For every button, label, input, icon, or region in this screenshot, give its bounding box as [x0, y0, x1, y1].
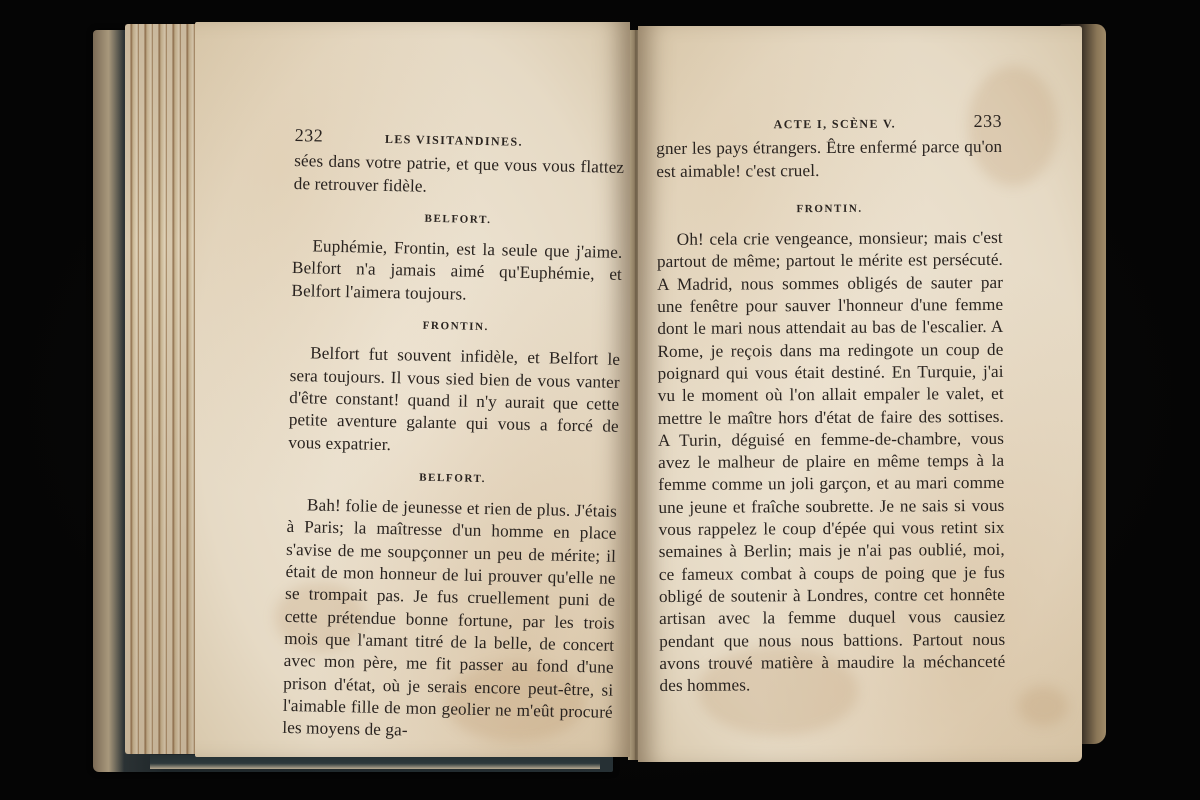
- dialogue-paragraph: Oh! cela crie vengeance, monsieur; mais …: [657, 227, 1006, 697]
- right-page: ACTE I, SCÈNE V. 233 gner les pays étran…: [638, 26, 1082, 762]
- continuation-text: gner les pays étrangers. Être enfermé pa…: [656, 136, 1002, 183]
- book-cover-bottom-edge: [150, 755, 600, 769]
- speaker-name: BELFORT.: [287, 464, 617, 493]
- left-page: 232 LES VISITANDINES. sées dans votre pa…: [195, 22, 630, 757]
- speaker-name: BELFORT.: [293, 205, 623, 234]
- running-head-title: ACTE I, SCÈNE V.: [656, 112, 974, 136]
- right-page-text: ACTE I, SCÈNE V. 233 gner les pays étran…: [656, 110, 1006, 698]
- speaker-name: FRONTIN.: [657, 197, 1003, 221]
- page-edges-stack: [125, 24, 205, 754]
- foxing-stain: [1018, 686, 1068, 726]
- speaker-name: FRONTIN.: [291, 312, 621, 341]
- running-head: ACTE I, SCÈNE V. 233: [656, 110, 1002, 136]
- left-page-text: 232 LES VISITANDINES. sées dans votre pa…: [282, 124, 625, 746]
- dialogue-paragraph: Bah! folie de jeunesse et rien de plus. …: [282, 494, 617, 746]
- page-number: 233: [973, 110, 1002, 132]
- page-number: 232: [295, 124, 324, 147]
- continuation-text: sées dans votre patrie, et que vous vous…: [294, 150, 625, 201]
- photo-scene: 232 LES VISITANDINES. sées dans votre pa…: [0, 0, 1200, 800]
- dialogue-paragraph: Euphémie, Frontin, est la seule que j'ai…: [291, 235, 622, 309]
- dialogue-paragraph: Belfort fut souvent infidèle, et Belfort…: [288, 342, 620, 460]
